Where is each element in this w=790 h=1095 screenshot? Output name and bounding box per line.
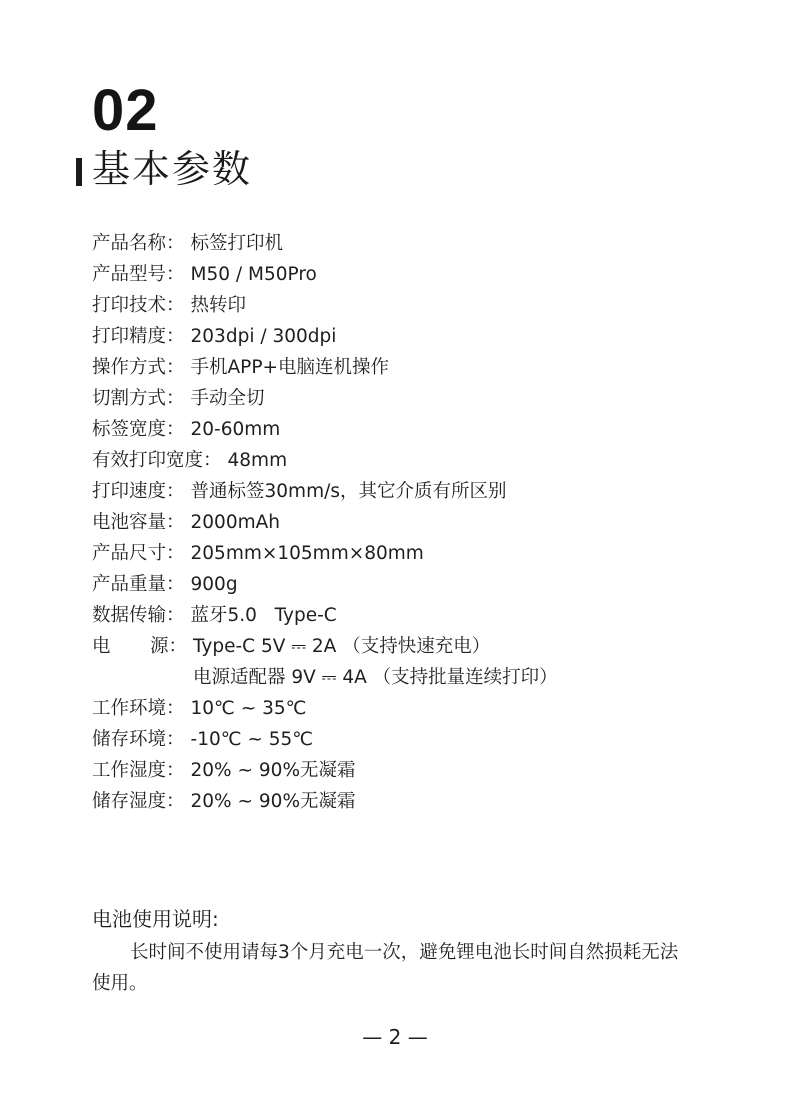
spec-row: 产品尺寸：205mm×105mm×80mm [92,538,558,569]
label-part: 源： [150,631,187,662]
spec-label: 储存湿度： [92,786,185,817]
spec-row: 电池容量：2000mAh [92,507,558,538]
spec-label: 储存环境： [92,724,185,755]
spec-row-power: 电源： Type-C 5V ⎓ 2A （支持快速充电） [92,631,558,662]
heading-accent-bar [76,158,82,186]
spec-value: 20-60mm [191,414,281,445]
section-title: 基本参数 [92,150,252,188]
section-heading: 基本参数 [76,150,252,188]
spec-label: 电池容量： [92,507,185,538]
spec-label: 产品重量： [92,569,185,600]
spec-row: 打印速度：普通标签30mm/s，其它介质有所区别 [92,476,558,507]
spec-label: 产品尺寸： [92,538,185,569]
section-number: 02 [92,82,159,140]
spec-value: 普通标签30mm/s，其它介质有所区别 [191,476,507,507]
spec-row: 工作环境：10℃ ~ 35℃ [92,693,558,724]
spec-value: 手机APP+电脑连机操作 [191,352,389,383]
spec-row: 有效打印宽度：48mm [92,445,558,476]
spec-value: 48mm [228,445,288,476]
spec-label: 打印精度： [92,321,185,352]
battery-notes-title: 电池使用说明: [92,903,219,932]
spec-value: 20% ~ 90%无凝霜 [191,755,356,786]
spec-row: 储存湿度：20% ~ 90%无凝霜 [92,786,558,817]
spec-value: -10℃ ~ 55℃ [191,724,314,755]
spec-label: 打印技术： [92,290,185,321]
spec-label: 操作方式： [92,352,185,383]
spec-row-power-2: 电源适配器 9V ⎓ 4A （支持批量连续打印） [92,662,558,693]
spec-value: 20% ~ 90%无凝霜 [191,786,356,817]
spec-row: 标签宽度：20-60mm [92,414,558,445]
spec-label: 工作湿度： [92,755,185,786]
spec-value: 电源适配器 9V ⎓ 4A （支持批量连续打印） [193,662,558,693]
spec-value: 900g [191,569,238,600]
spec-list: 产品名称：标签打印机 产品型号：M50 / M50Pro 打印技术：热转印 打印… [92,228,558,817]
spec-label: 产品名称： [92,228,185,259]
spec-label: 有效打印宽度： [92,445,222,476]
spec-row: 操作方式：手机APP+电脑连机操作 [92,352,558,383]
spec-value: 10℃ ~ 35℃ [191,693,307,724]
spec-label: 产品型号： [92,259,185,290]
spec-row: 储存环境：-10℃ ~ 55℃ [92,724,558,755]
spec-value: 2000mAh [191,507,280,538]
spec-value: 手动全切 [191,383,265,414]
spec-label: 电源： [92,631,187,662]
spec-value: 标签打印机 [191,228,284,259]
spec-row: 产品名称：标签打印机 [92,228,558,259]
battery-notes-text: 长时间不使用请每3个月充电一次，避免锂电池长时间自然损耗无法使用。 [92,937,692,999]
spec-value: 205mm×105mm×80mm [191,538,424,569]
label-part: 电 [92,631,111,662]
spec-value: 蓝牙5.0 Type-C [191,600,337,631]
spec-row: 产品重量：900g [92,569,558,600]
spec-label: 标签宽度： [92,414,185,445]
spec-label: 打印速度： [92,476,185,507]
spec-row: 打印精度：203dpi / 300dpi [92,321,558,352]
spec-label: 切割方式： [92,383,185,414]
spec-row: 产品型号：M50 / M50Pro [92,259,558,290]
spec-row: 打印技术：热转印 [92,290,558,321]
spec-value: 203dpi / 300dpi [191,321,337,352]
spec-value: M50 / M50Pro [191,259,317,290]
spec-row: 工作湿度：20% ~ 90%无凝霜 [92,755,558,786]
spec-row: 切割方式：手动全切 [92,383,558,414]
spec-value: 热转印 [191,290,247,321]
spec-label: 工作环境： [92,693,185,724]
spec-label: 数据传输： [92,600,185,631]
spec-value: Type-C 5V ⎓ 2A （支持快速充电） [193,631,490,662]
spec-row: 数据传输：蓝牙5.0 Type-C [92,600,558,631]
page-number: — 2 — [0,1025,790,1049]
